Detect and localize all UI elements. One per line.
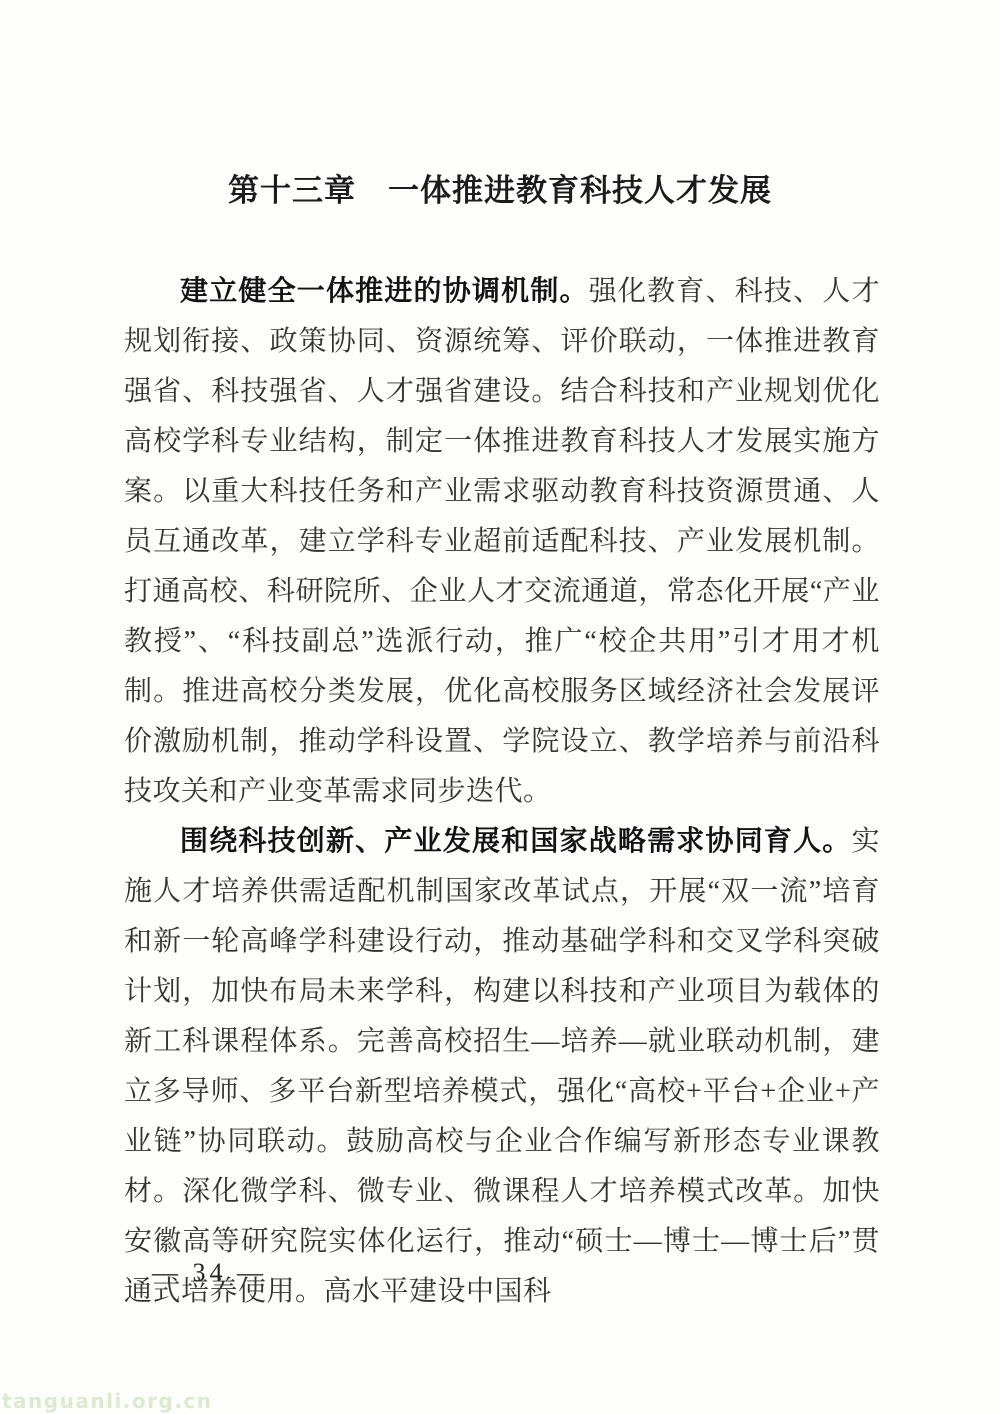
- paragraph-2-lead: 围绕科技创新、产业发展和国家战略需求协同育人。: [180, 826, 851, 857]
- watermark: tanguanli.org.cn: [2, 1389, 213, 1413]
- page-number: — 34 —: [152, 1258, 267, 1288]
- chapter-title: 第十三章 一体推进教育科技人才发展: [0, 165, 1000, 210]
- paragraph-2-text: 实施人才培养供需适配机制国家改革试点，开展“双一流”培育和新一轮高峰学科建设行动…: [124, 826, 880, 1307]
- paragraph-1-lead: 建立健全一体推进的协调机制。: [180, 276, 589, 307]
- paragraph-coordination-mechanism: 建立健全一体推进的协调机制。强化教育、科技、人才规划衔接、政策协同、资源统筹、评…: [124, 267, 880, 817]
- document-body: 建立健全一体推进的协调机制。强化教育、科技、人才规划衔接、政策协同、资源统筹、评…: [124, 267, 880, 1317]
- paragraph-1-text: 强化教育、科技、人才规划衔接、政策协同、资源统筹、评价联动，一体推进教育强省、科…: [124, 276, 880, 807]
- document-page: 第十三章 一体推进教育科技人才发展 建立健全一体推进的协调机制。强化教育、科技、…: [0, 0, 1000, 1414]
- paragraph-collaborative-education: 围绕科技创新、产业发展和国家战略需求协同育人。实施人才培养供需适配机制国家改革试…: [124, 817, 880, 1317]
